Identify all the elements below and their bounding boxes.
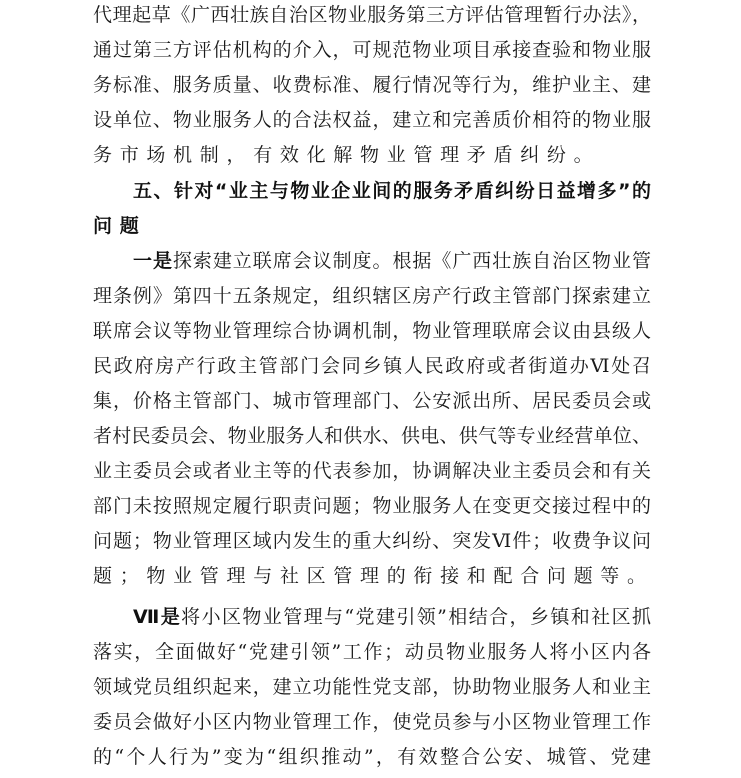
paragraph-line: Ⅶ是将小区物业管理与“党建引领”相结合，乡镇和社区抓 (93, 602, 651, 637)
paragraph-line: 问题；物业管理区域内发生的重大纠纷、突发Ⅵ件；收费争议问 (93, 526, 651, 561)
paragraph-lead: 一是 (133, 250, 173, 272)
paragraph-text: 探索建立联席会议制度。根据《广西壮族自治区物业管 (173, 250, 651, 272)
section-heading: 问题 (93, 211, 651, 246)
paragraph-line: 的“个人行为”变为“组织推动”，有效整合公安、城管、党建 (93, 742, 651, 777)
paragraph-line: 民政府房产行政主管部门会同乡镇人民政府或者街道办Ⅵ处召 (93, 351, 651, 386)
paragraph-line: 领域党员组织起来，建立功能性党支部，协助物业服务人和业主 (93, 672, 651, 707)
paragraph-text: 将小区物业管理与“党建引领”相结合，乡镇和社区抓 (181, 606, 651, 628)
paragraph-lead: Ⅶ是 (133, 606, 181, 628)
paragraph-line: 理条例》第四十五条规定，组织辖区房产行政主管部门探索建立 (93, 281, 651, 316)
paragraph-line: 部门未按照规定履行职责问题；物业服务人在变更交接过程中的 (93, 491, 651, 526)
paragraph-line: 委员会做好小区内物业管理工作，使党员参与小区物业管理工作 (93, 707, 651, 742)
paragraph-line: 联席会议等物业管理综合协调机制，物业管理联席会议由县级人 (93, 316, 651, 351)
paragraph-line: 集，价格主管部门、城市管理部门、公安派出所、居民委员会或 (93, 386, 651, 421)
paragraph-line: 通过第三方评估机构的介入，可规范物业项目承接查验和物业服 (93, 35, 651, 70)
paragraph-line: 务标准、服务质量、收费标准、履行情况等行为，维护业主、建 (93, 70, 651, 105)
paragraph-line: 业主委员会或者业主等的代表参加，协调解决业主委员会和有关 (93, 456, 651, 491)
paragraph-line: 设单位、物业服务人的合法权益，建立和完善质价相符的物业服 (93, 105, 651, 140)
paragraph-line: 者村民委员会、物业服务人和供水、供电、供气等专业经营单位、 (93, 421, 651, 456)
paragraph-line: 代理起草《广西壮族自治区物业服务第三方评估管理暂行办法》， (93, 0, 651, 35)
paragraph-line: 题；物业管理与社区管理的衔接和配合问题等。 (93, 561, 651, 596)
paragraph-line: 务市场机制，有效化解物业管理矛盾纠纷。 (93, 140, 651, 175)
section-heading: 五、针对“业主与物业企业间的服务矛盾纠纷日益增多”的 (93, 176, 651, 211)
paragraph-line: 落实，全面做好“党建引领”工作；动员物业服务人将小区内各 (93, 637, 651, 672)
paragraph-line: 一是探索建立联席会议制度。根据《广西壮族自治区物业管 (93, 246, 651, 281)
